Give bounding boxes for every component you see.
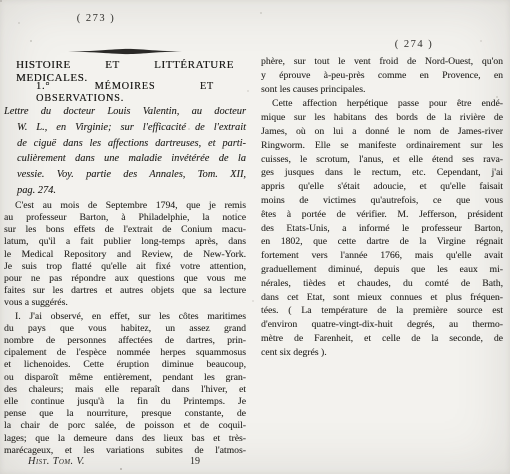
text-line: faites sur les dartres et autres objets … <box>4 285 246 297</box>
text-line: de ciguë dans les affections dartreuses,… <box>4 136 246 152</box>
paragraph-herpetic-affection: Cette affection herpétique passe pour êt… <box>261 97 503 359</box>
text-line: Je suis trop flatté qu'elle ait fixé vot… <box>4 261 246 273</box>
text-line: phère, sur tout le vent froid de Nord-Ou… <box>261 55 503 69</box>
text-line: pense que la nourriture, presque constan… <box>4 408 246 420</box>
page-274: ( 274 ) phère, sur tout le vent froid de… <box>261 36 503 466</box>
page-273: ( 273 ) HISTOIRE ET LITTÉRATURE MEDICALE… <box>4 8 246 470</box>
text-line: lages; que la demeure dans des lieux bas… <box>4 433 246 445</box>
text-line: des chaleurs; mais elle reparaît dans l'… <box>4 384 246 396</box>
text-line: ou disparoît même entièrement, pendant l… <box>4 372 246 384</box>
text-line: James, où on lui a donné le nom de James… <box>261 125 503 139</box>
text-line: pour ne pas répondre aux questions que v… <box>4 273 246 285</box>
text-line: mètre de Farenheit, et celle de la secon… <box>261 332 503 346</box>
text-line: moins de victimes qu'autrefois, ce que v… <box>261 194 503 208</box>
text-line: cent six degrés ). <box>261 346 503 360</box>
text-line: culièrement dans une maladie invétérée d… <box>4 151 246 167</box>
page-number-right: ( 274 ) <box>261 38 503 52</box>
text-line: dans cet Etat, sont mieux connues et plu… <box>261 291 503 305</box>
text-line: pag. 274. <box>4 183 246 199</box>
text-line: I. J'ai observé, en effet, sur les côtes… <box>4 311 246 323</box>
continuation-paragraph: phère, sur tout le vent froid de Nord-Ou… <box>261 55 503 96</box>
text-line: tées. ( La température de la première so… <box>261 304 503 318</box>
text-line: cuisses, le scrotum, l'anus, et elle éte… <box>261 153 503 167</box>
text-line: cipalement de l'espèce nommée herpes squ… <box>4 347 246 359</box>
sheet-signature-number: 19 <box>190 456 200 467</box>
text-line: Ringworm. Elle se manifeste ordinairemen… <box>261 139 503 153</box>
text-line: du pays que vous habitez, un assez grand <box>4 323 246 335</box>
text-line: fortement vers l'année 1766, mais qu'ell… <box>261 249 503 263</box>
text-line: au professeur Barton, à Philadelphie, la… <box>4 212 246 224</box>
text-line: ges jusques dans le rectum, etc. Cependa… <box>261 166 503 180</box>
text-line: elle continue jusqu'à la fin du Printemp… <box>4 396 246 408</box>
text-line: le Medical Repository and Review, de New… <box>4 249 246 261</box>
paragraph-2: I. J'ai observé, en effet, sur les côtes… <box>4 311 246 457</box>
text-line: êtes à portée de vérifier. M. Jefferson,… <box>261 208 503 222</box>
swelled-rule-icon <box>68 42 182 49</box>
text-line: graduellement diminué, depuis que les ea… <box>261 263 503 277</box>
text-line: nérales, tièdes et chaudes, du comté de … <box>261 277 503 291</box>
section-title: HISTOIRE ET LITTÉRATURE MEDICALES. <box>4 59 246 72</box>
scanned-book-spread: ( 273 ) HISTOIRE ET LITTÉRATURE MEDICALE… <box>0 0 510 474</box>
text-line: sur les bons effets de l'extrait de Coni… <box>4 224 246 236</box>
page-footer: Hist. Tom. V. 19 <box>4 456 246 467</box>
paper-specks <box>0 0 2 2</box>
text-line: des Etats-Unis, a informé le professeur … <box>261 222 503 236</box>
paragraph-1: C'est au mois de Septembre 1794, que je … <box>4 200 246 310</box>
text-line: et lichenoides. Cette éruption diminue b… <box>4 359 246 371</box>
text-line: y éprouve à-peu-près comme en Provence, … <box>261 69 503 83</box>
text-line: latum, qu'il a fait publier long-temps a… <box>4 236 246 248</box>
text-line: d'environ quatre-vingt-dix-huit degrés, … <box>261 318 503 332</box>
text-line: en 1802, que cette dartre de la Virgine … <box>261 235 503 249</box>
text-line: C'est au mois de Septembre 1794, que je … <box>4 200 246 212</box>
text-line: la chair de porc salée, de poisson et de… <box>4 420 246 432</box>
volume-signature: Hist. Tom. V. <box>28 456 85 467</box>
text-line: Lettre du docteur Louis Valentin, au doc… <box>4 104 246 120</box>
text-line: vessie. Voy. partie des Annales, Tom. XI… <box>4 167 246 183</box>
letter-heading: Lettre du docteur Louis Valentin, au doc… <box>4 104 246 199</box>
text-line: Cette affection herpétique passe pour êt… <box>261 97 503 111</box>
text-line: appris qu'elle s'était adoucie, et qu'el… <box>261 180 503 194</box>
text-line: nombre de personnes affectées de dartres… <box>4 335 246 347</box>
text-line: vous a suggérés. <box>4 297 246 309</box>
page-number-left: ( 273 ) <box>4 12 246 26</box>
text-line: mique sur les habitans des bords de la r… <box>261 111 503 125</box>
subsection-title: 1.° MÉMOIRES ET OBSERVATIONS. <box>4 81 246 93</box>
text-line: sont les causes principales. <box>261 83 503 97</box>
text-line: W. L., en Virginie; sur l'efficacité de … <box>4 120 246 136</box>
